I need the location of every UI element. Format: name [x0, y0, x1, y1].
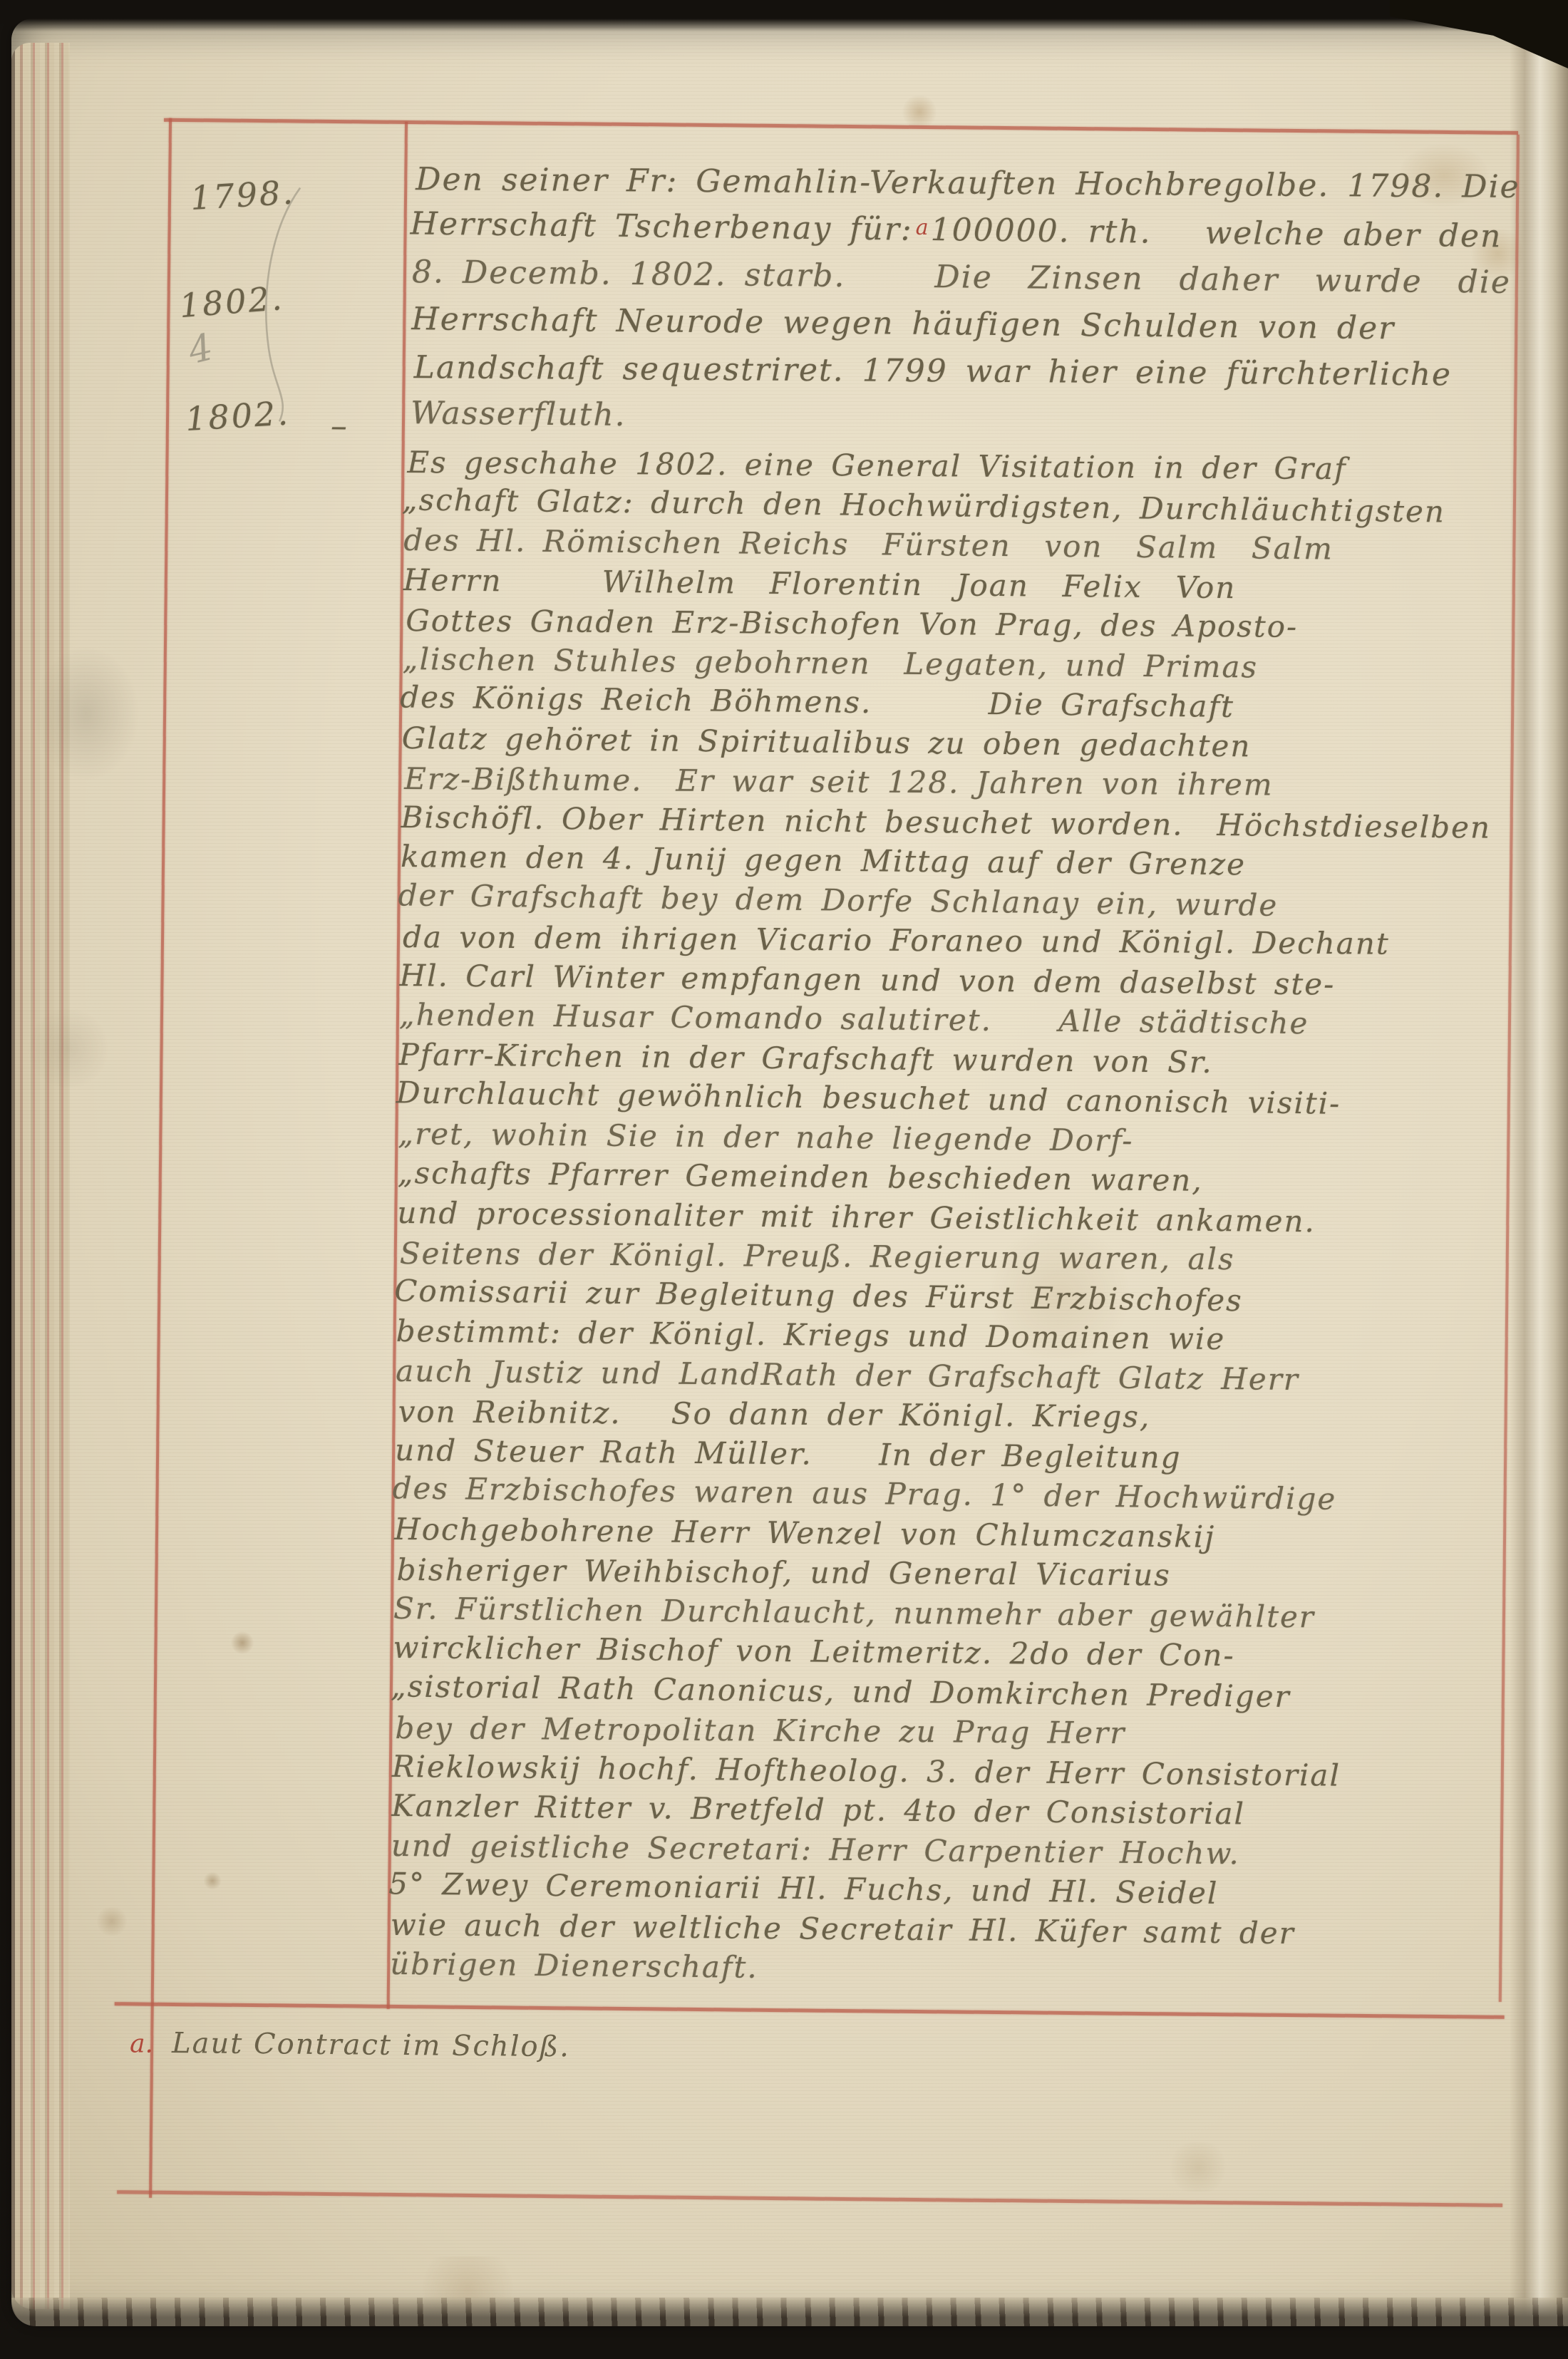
book-top-rim: [0, 0, 1568, 31]
ruling-left-margin-line: [149, 118, 172, 2198]
manuscript-page: 1798. 1802. 1802. – 4 a Den seiner Fr: G…: [11, 19, 1568, 2326]
ruled-frame: 1798. 1802. 1802. – 4 a Den seiner Fr: G…: [0, 4, 1568, 2327]
footnote-text: Laut Contract im Schloß.: [172, 2027, 570, 2063]
manuscript-line: Wasserfluth.: [411, 390, 1515, 448]
entry-paragraph-1802-visitation: Es geschahe 1802. eine General Visitatio…: [390, 441, 1495, 1994]
ruling-bottom-line: [117, 2190, 1502, 2207]
page-bottom-deckle-edge: [11, 2298, 1568, 2326]
entry-paragraph-1798: Den seiner Fr: Gemahlin-Verkauften Hochb…: [411, 155, 1517, 448]
manuscript-line: Erz-Bißthume. Er war seit 128. Jahren vo…: [404, 759, 1495, 806]
manuscript-line: Gottes Gnaden Erz-Bischofen Von Prag, de…: [406, 601, 1496, 648]
manuscript-line: bisheriger Weihbischof, und General Vica…: [396, 1550, 1487, 1597]
ruling-footnote-line: [115, 2002, 1505, 2019]
manuscript-line: von Reibnitz. So dann der Königl. Kriegs…: [398, 1392, 1488, 1439]
manuscript-line: da von dem ihrigen Vicario Foraneo und K…: [403, 917, 1493, 964]
pencil-flourish: [248, 185, 357, 428]
manuscript-line: Landschaft sequestriret. 1799 war hier e…: [414, 344, 1519, 399]
pencil-mark-4: 4: [184, 326, 217, 373]
ruling-top-line: [164, 118, 1518, 135]
manuscript-line: bey der Metropolitan Kirche zu Prag Herr: [395, 1708, 1485, 1755]
footnote: a.Laut Contract im Schloß.: [130, 2026, 570, 2063]
footnote-marker: a.: [130, 2029, 153, 2058]
